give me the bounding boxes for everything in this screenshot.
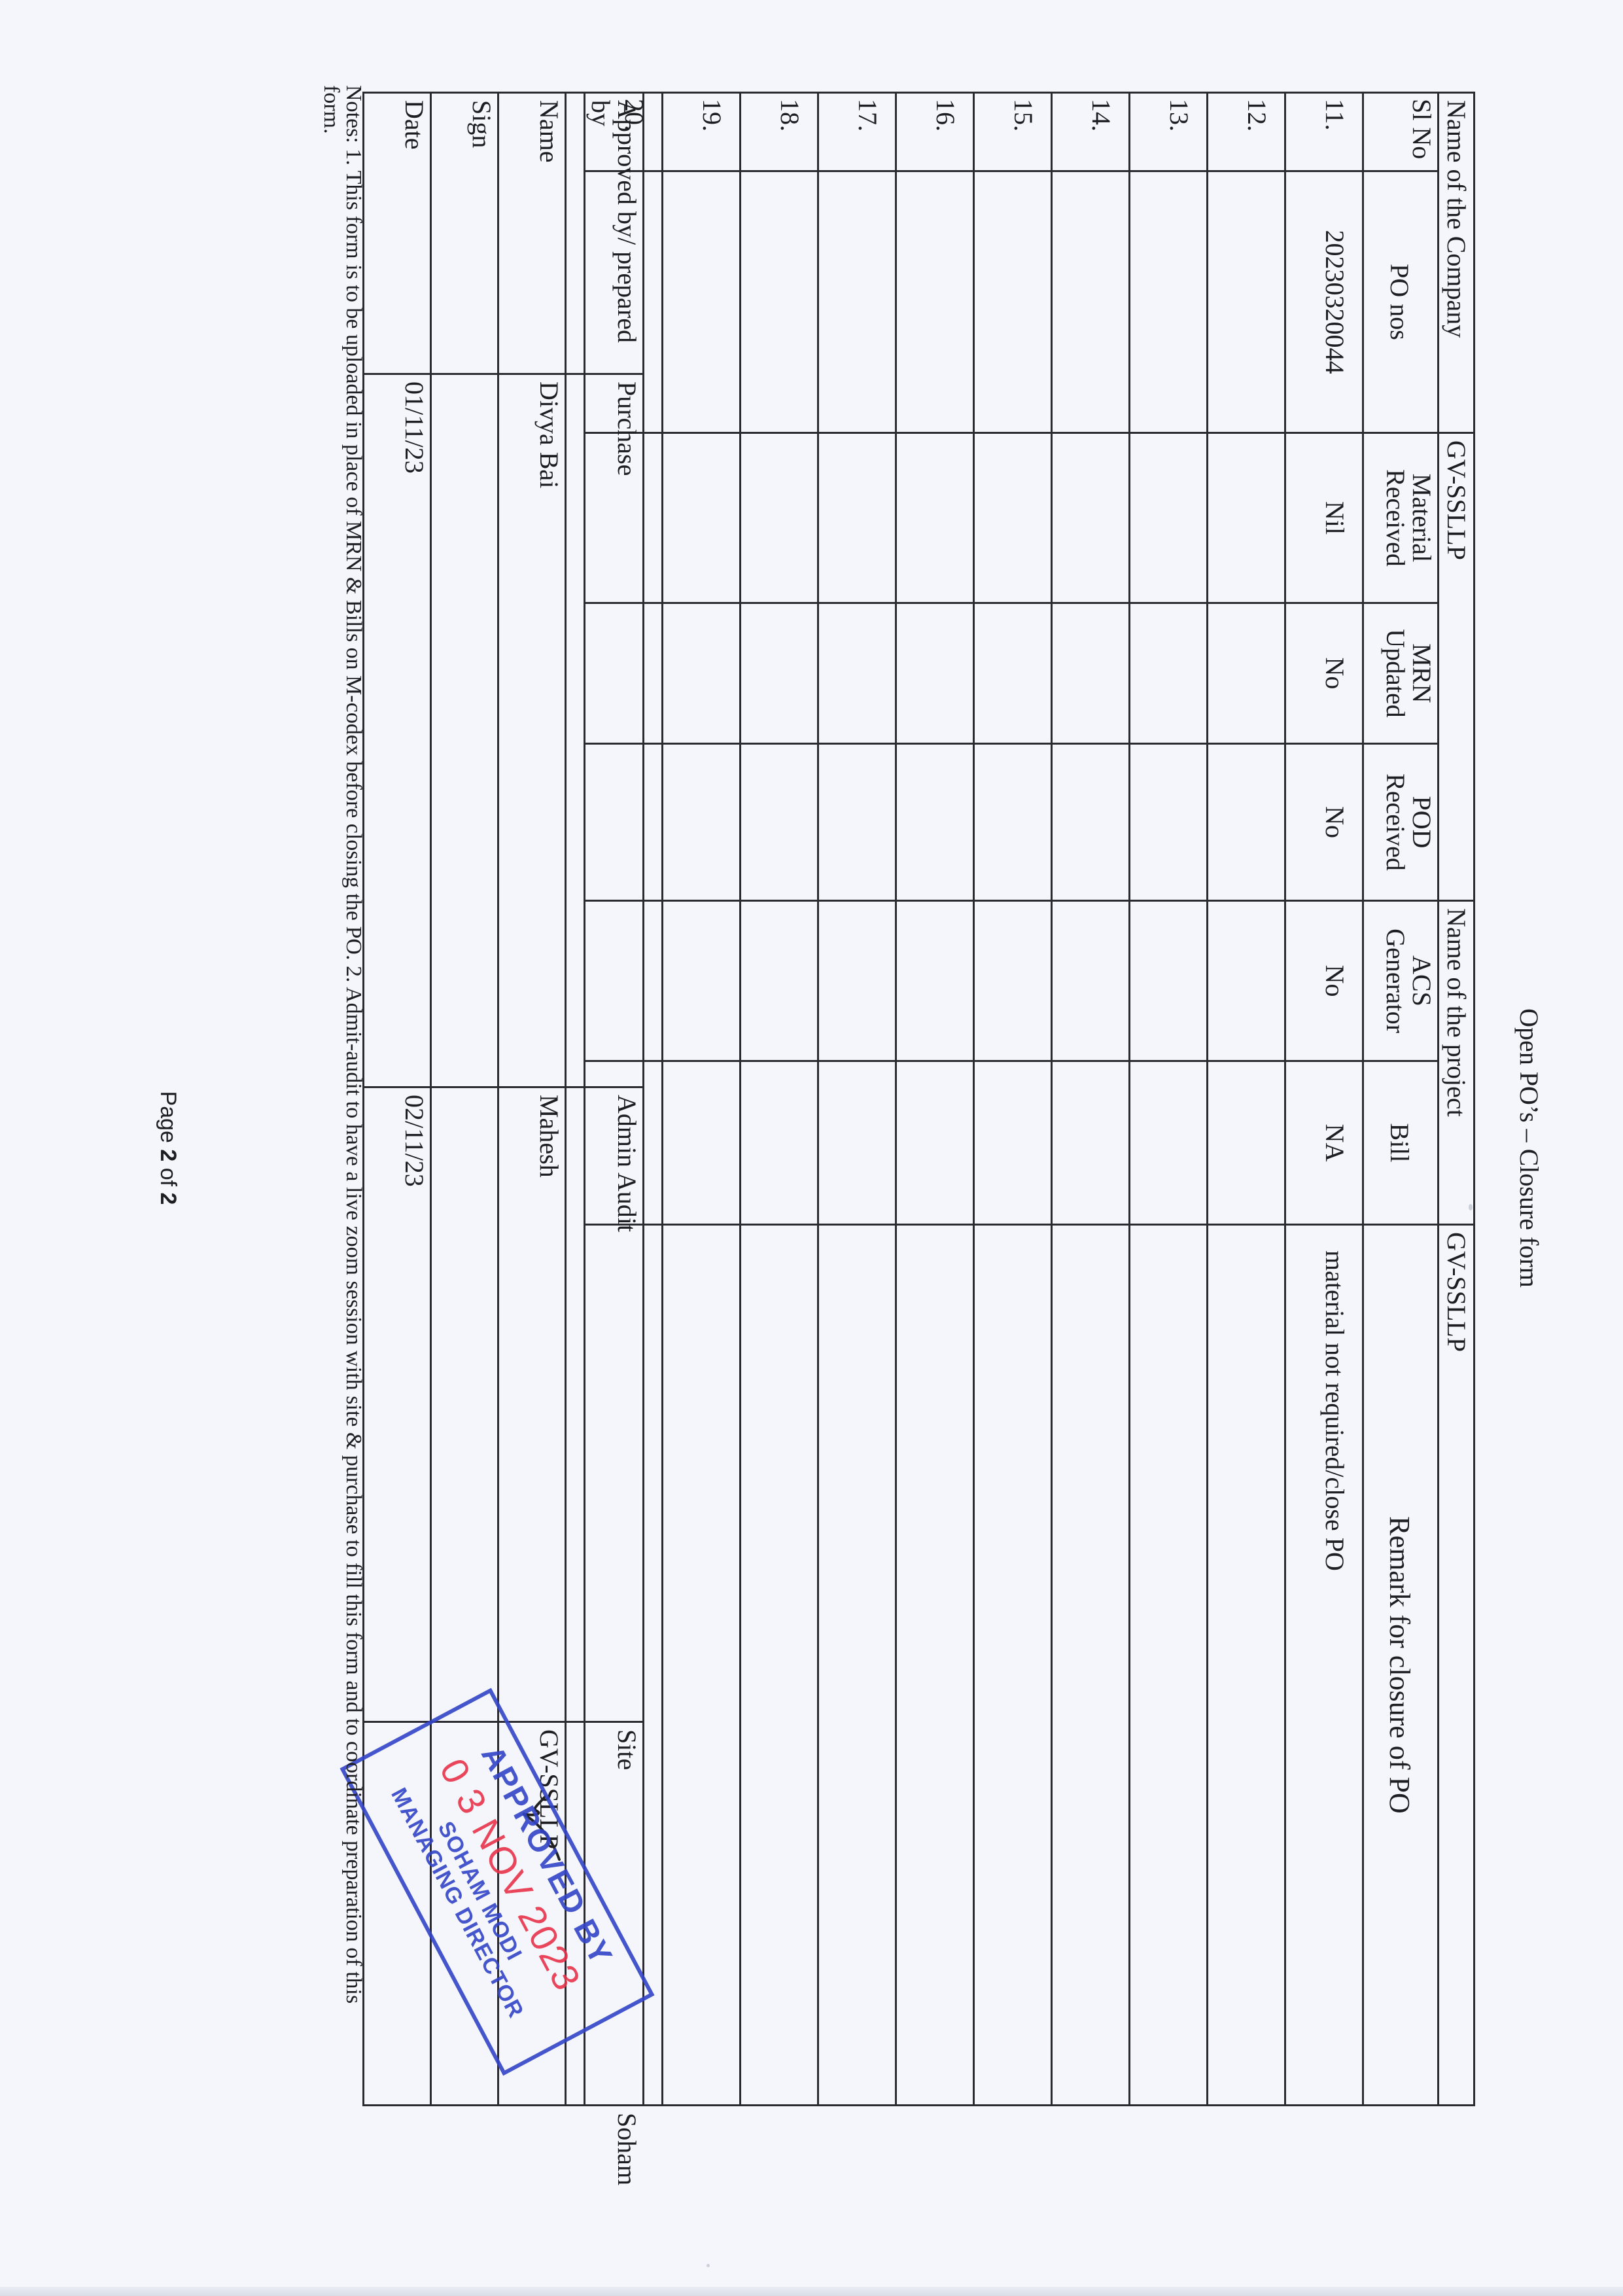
cell-material-received [741, 433, 818, 603]
col-material-received: Material Received [1363, 433, 1439, 603]
sign-admin-audit [431, 1087, 498, 1722]
table-row: 17. [818, 93, 896, 2106]
cell-pod-received [1130, 744, 1208, 901]
cell-po-number [1052, 171, 1130, 433]
cell-pod-received [741, 744, 818, 901]
role-label: Approved by/ prepared by [566, 93, 644, 374]
cell-acs-generator [1208, 901, 1285, 1061]
cell-pod-received [974, 744, 1052, 901]
cell-material-received [1208, 433, 1285, 603]
col-po-nos: PO nos [1363, 171, 1439, 433]
cell-acs-generator [818, 901, 896, 1061]
cell-po-number [896, 171, 974, 433]
cell-mrn-updated [1130, 603, 1208, 744]
sign-purchase [431, 374, 498, 1087]
cell-remark [1208, 1225, 1285, 2106]
form-notes: Notes: 1. This form is to be uploaded in… [320, 85, 364, 2048]
cell-sl-no: 11. [1285, 93, 1363, 171]
date-purchase: 01/11/23 [364, 374, 431, 1087]
cell-bill [1130, 1061, 1208, 1225]
document-page: Open PO’s – Closure form Name of the Com… [0, 0, 1623, 2296]
cell-bill [974, 1061, 1052, 1225]
cell-sl-no: 19. [663, 93, 741, 171]
cell-acs-generator [741, 901, 818, 1061]
approvals-role-row: Approved by/ prepared by Purchase Admin … [566, 93, 644, 2106]
po-closure-table: Name of the Company GV-SSLLP Name of the… [584, 92, 1475, 2106]
company-label: Name of the Company [1439, 93, 1475, 433]
col-remark: Remark for closure of PO [1363, 1225, 1439, 2106]
role-admin-audit: Admin Audit [566, 1087, 644, 1722]
cell-sl-no: 13. [1130, 93, 1208, 171]
col-mrn-updated: MRN Updated [1363, 603, 1439, 744]
col-acs-generator: ACS Generator [1363, 901, 1439, 1061]
cell-acs-generator [1130, 901, 1208, 1061]
page-title: Open PO’s – Closure form [1514, 0, 1544, 2296]
cell-material-received: Nil [1285, 433, 1363, 603]
cell-mrn-updated [974, 603, 1052, 744]
cell-remark [663, 1225, 741, 2106]
cell-material-received [818, 433, 896, 603]
date-admin-audit: 02/11/23 [364, 1087, 431, 1722]
cell-remark [974, 1225, 1052, 2106]
cell-sl-no: 15. [974, 93, 1052, 171]
cell-bill [663, 1061, 741, 1225]
cell-pod-received [818, 744, 896, 901]
cell-pod-received [663, 744, 741, 901]
cell-material-received [896, 433, 974, 603]
cell-acs-generator [974, 901, 1052, 1061]
page-total: 2 [156, 1193, 181, 1205]
cell-material-received [1130, 433, 1208, 603]
cell-remark [818, 1225, 896, 2106]
table-row: 11.20230320044NilNoNoNoNAmaterial not re… [1285, 93, 1363, 2106]
cell-pod-received [1052, 744, 1130, 901]
page-of: of [156, 1161, 181, 1192]
cell-po-number: 20230320044 [1285, 171, 1363, 433]
cell-remark [1130, 1225, 1208, 2106]
company-project-row: Name of the Company GV-SSLLP Name of the… [1439, 93, 1475, 2106]
cell-remark [896, 1225, 974, 2106]
cell-remark: material not required/close PO [1285, 1225, 1363, 2106]
table-row: 15. [974, 93, 1052, 2106]
cell-mrn-updated [663, 603, 741, 744]
col-sl-no: Sl No [1363, 93, 1439, 171]
page-number: Page 2 of 2 [155, 0, 181, 2296]
cell-po-number [1130, 171, 1208, 433]
cell-mrn-updated [818, 603, 896, 744]
cell-bill [1052, 1061, 1130, 1225]
cell-po-number [663, 171, 741, 433]
cell-material-received [974, 433, 1052, 603]
table-row: 12. [1208, 93, 1285, 2106]
table-row: 19. [663, 93, 741, 2106]
cell-bill [741, 1061, 818, 1225]
table-row: 18. [741, 93, 818, 2106]
table-row: 13. [1130, 93, 1208, 2106]
cell-bill [1208, 1061, 1285, 1225]
cell-bill [818, 1061, 896, 1225]
cell-acs-generator: No [1285, 901, 1363, 1061]
cell-bill: NA [1285, 1061, 1363, 1225]
date-label: Date [364, 93, 431, 374]
name-admin-audit: Mahesh [498, 1087, 566, 1722]
cell-sl-no: 17. [818, 93, 896, 171]
cell-sl-no: 12. [1208, 93, 1285, 171]
sign-label: Sign [431, 93, 498, 374]
project-label: Name of the project [1439, 901, 1475, 1225]
col-pod-received: POD Received [1363, 744, 1439, 901]
cell-pod-received [1208, 744, 1285, 901]
cell-acs-generator [896, 901, 974, 1061]
cell-remark [741, 1225, 818, 2106]
page-current: 2 [156, 1149, 181, 1161]
col-bill: Bill [1363, 1061, 1439, 1225]
cell-acs-generator [1052, 901, 1130, 1061]
cell-mrn-updated [896, 603, 974, 744]
name-purchase: Divya Bai [498, 374, 566, 1087]
project-value: GV-SSLLP [1439, 1225, 1475, 2106]
cell-material-received [1052, 433, 1130, 603]
page-prefix: Page [156, 1091, 181, 1150]
table-row: 14. [1052, 93, 1130, 2106]
cell-pod-received [896, 744, 974, 901]
cell-material-received [663, 433, 741, 603]
cell-pod-received: No [1285, 744, 1363, 901]
cell-sl-no: 18. [741, 93, 818, 171]
role-purchase: Purchase [566, 374, 644, 1087]
cell-mrn-updated [741, 603, 818, 744]
cell-mrn-updated: No [1285, 603, 1363, 744]
cell-po-number [1208, 171, 1285, 433]
table-row: 16. [896, 93, 974, 2106]
cell-po-number [741, 171, 818, 433]
company-value: GV-SSLLP [1439, 433, 1475, 901]
cell-acs-generator [663, 901, 741, 1061]
cell-bill [896, 1061, 974, 1225]
name-label: Name [498, 93, 566, 374]
cell-po-number [974, 171, 1052, 433]
cell-po-number [818, 171, 896, 433]
column-header-row: Sl No PO nos Material Received MRN Updat… [1363, 93, 1439, 2106]
cell-remark [1052, 1225, 1130, 2106]
cell-sl-no: 16. [896, 93, 974, 171]
cell-mrn-updated [1052, 603, 1130, 744]
cell-mrn-updated [1208, 603, 1285, 744]
cell-sl-no: 14. [1052, 93, 1130, 171]
